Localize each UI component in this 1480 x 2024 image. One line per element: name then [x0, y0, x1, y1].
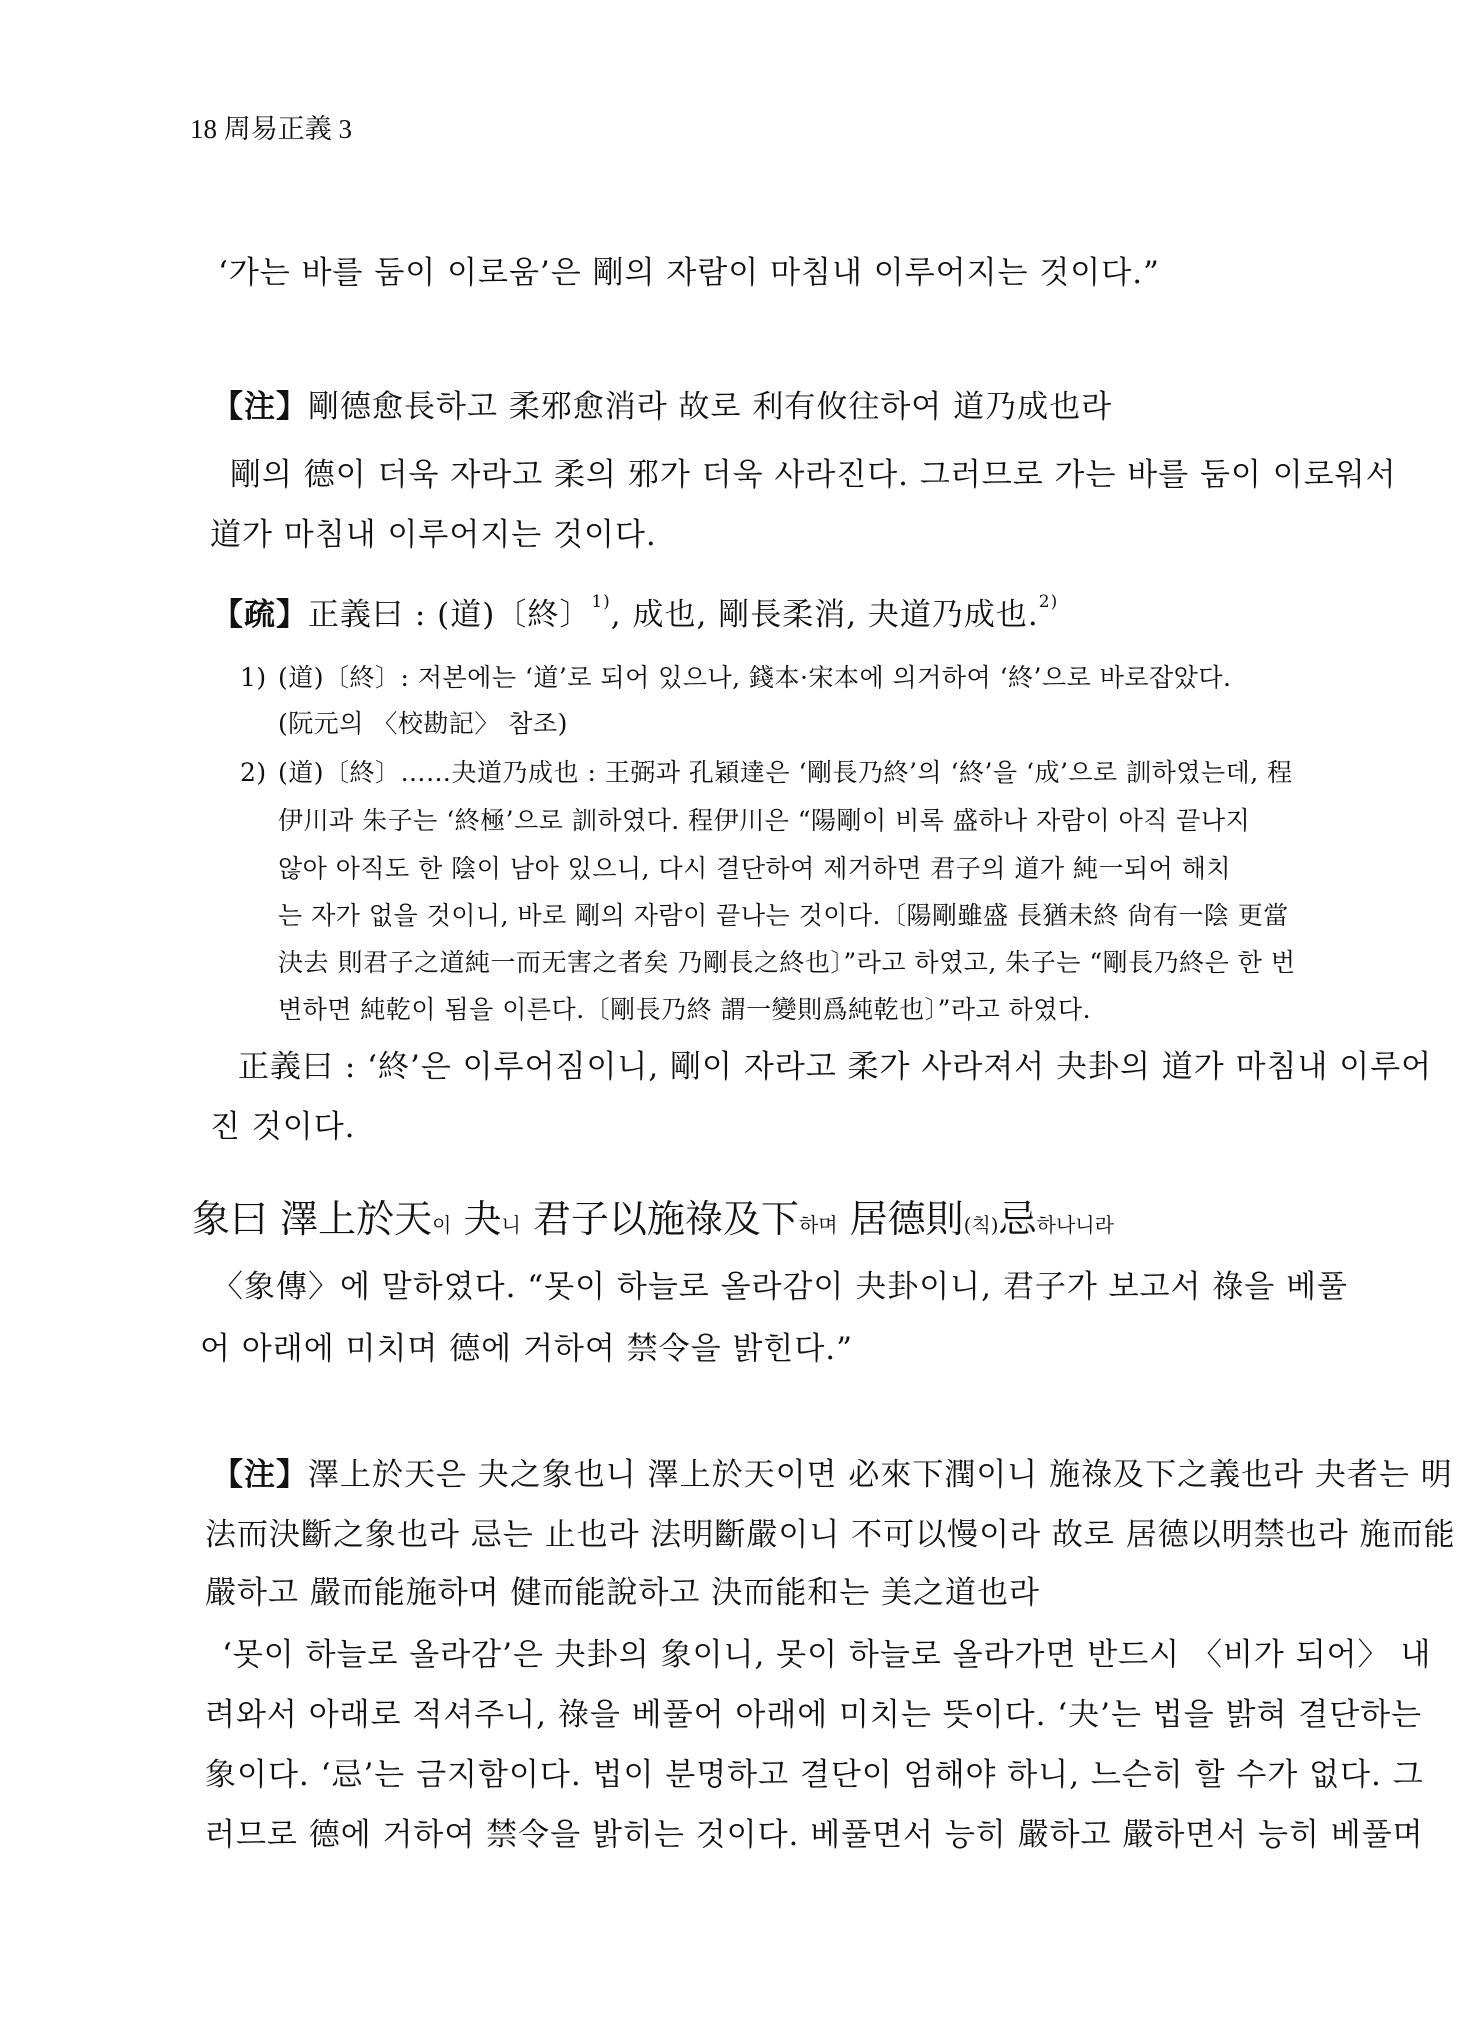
note-2-line: 法而決斷之象也라 忌는 止也라 法明斷嚴이니 不可以慢이라 故로 居德以明禁也라… [205, 1520, 1456, 1551]
xiang-translation-line: 어 아래에 미치며 德에 거하여 禁令을 밝힌다.” [200, 1334, 853, 1365]
quote-line: ‘가는 바를 둠이 이로움’은 剛의 자람이 마침내 이루어지는 것이다.” [218, 258, 1160, 289]
note-label: 【注】 [212, 389, 308, 425]
xiang-text: 居德則 [838, 1197, 964, 1241]
note-1-translation-line: 剛의 德이 더욱 자라고 柔의 邪가 더욱 사라진다. 그러므로 가는 바를 둠… [230, 460, 1397, 491]
note-text: 剛德愈長하고 柔邪愈消라 故로 利有攸往하여 道乃成也라 [308, 389, 1112, 425]
footnote-line: 伊川과 朱子는 ‘終極’으로 訓하였다. 程伊川은 “陽剛이 비록 盛하나 자람… [278, 808, 1250, 833]
commentary-text: 正義曰 : (道)〔終〕 [308, 597, 591, 633]
note-2-translation-line: ‘못이 하늘로 올라감’은 夬卦의 象이니, 못이 하늘로 올라가면 반드시 〈… [222, 1640, 1431, 1671]
note-2-translation-line: 러므로 德에 거하여 禁令을 밝히는 것이다. 베풀면서 능히 嚴하고 嚴하면서… [205, 1820, 1424, 1851]
footnote-line: 않아 아직도 한 陰이 남아 있으니, 다시 결단하여 제거하면 君子의 道가 … [278, 856, 1231, 881]
xiang-original: 象曰 澤上於天이 夬니 君子以施祿及下하며 居德則(칙)忌하나니라 [192, 1200, 1114, 1238]
footnote-line: (道)〔終〕……夬道乃成也 : 王弼과 孔穎達은 ‘剛長乃終’의 ‘終’을 ‘成… [278, 760, 1293, 785]
note-2-translation-line: 象이다. ‘忌’는 금지함이다. 법이 분명하고 결단이 엄해야 하니, 느슨히… [205, 1760, 1424, 1791]
xiang-text: 君子以施祿及下 [521, 1197, 799, 1241]
document-page: 18 周易正義 3 ‘가는 바를 둠이 이로움’은 剛의 자람이 마침내 이루어… [0, 0, 1480, 2024]
commentary-1-translation-line: 正義曰 : ‘終’은 이루어짐이니, 剛이 자라고 柔가 사라져서 夬卦의 道가… [238, 1052, 1432, 1083]
xiang-text: 夬 [451, 1197, 501, 1241]
particle: 이 [432, 1213, 451, 1237]
footnote-line: (道)〔終〕: 저본에는 ‘道’로 되어 있으나, 錢本·宋本에 의거하여 ‘終… [278, 665, 1231, 690]
xiang-text: 象曰 澤上於天 [192, 1197, 432, 1241]
particle: 하나니라 [1037, 1213, 1114, 1237]
note-text: 澤上於天은 夬之象也니 澤上於天이면 必來下潤이니 施祿及下之義也라 夬者는 明 [308, 1457, 1453, 1493]
note-2-line: 嚴하고 嚴而能施하며 健而能說하고 決而能和는 美之道也라 [205, 1578, 1040, 1609]
running-head: 18 周易正義 3 [190, 116, 352, 143]
particle: 하며 [799, 1213, 838, 1237]
note-1-translation-line: 道가 마침내 이루어지는 것이다. [210, 520, 657, 551]
note-label: 【注】 [212, 1457, 308, 1493]
xiang-text: 忌 [999, 1197, 1037, 1241]
footnote-number: 1) [240, 665, 267, 690]
commentary-label: 【疏】 [212, 597, 308, 633]
commentary-1-original: 【疏】正義曰 : (道)〔終〕1), 成也, 剛長柔消, 夬道乃成也.2) [212, 600, 1058, 631]
footnote-ref[interactable]: 1) [591, 592, 610, 612]
commentary-1-translation-line: 진 것이다. [210, 1112, 356, 1143]
xiang-translation-line: 〈象傳〉에 말하였다. “못이 하늘로 올라감이 夬卦이니, 君子가 보고서 祿… [212, 1272, 1348, 1303]
pronunciation: (칙) [964, 1213, 999, 1237]
footnote-line: 決去 則君子之道純一而无害之者矣 乃剛長之終也〕”라고 하였고, 朱子는 “剛長… [278, 950, 1296, 975]
footnote-line: (阮元의 〈校勘記〉 참조) [278, 711, 568, 736]
footnote-line: 는 자가 없을 것이니, 바로 剛의 자람이 끝나는 것이다.〔陽剛雖盛 長猶未… [278, 903, 1289, 928]
footnote-number: 2) [240, 760, 267, 785]
commentary-text: , 成也, 剛長柔消, 夬道乃成也. [611, 597, 1039, 633]
note-2-label-line: 【注】澤上於天은 夬之象也니 澤上於天이면 必來下潤이니 施祿及下之義也라 夬者… [212, 1460, 1453, 1491]
particle: 니 [502, 1213, 521, 1237]
note-1-original: 【注】剛德愈長하고 柔邪愈消라 故로 利有攸往하여 道乃成也라 [212, 392, 1112, 423]
note-2-translation-line: 려와서 아래로 적셔주니, 祿을 베풀어 아래에 미치는 뜻이다. ‘夬’는 법… [205, 1700, 1422, 1731]
footnote-ref[interactable]: 2) [1039, 592, 1058, 612]
footnote-line: 변하면 純乾이 됨을 이른다.〔剛長乃終 謂一變則爲純乾也〕”라고 하였다. [278, 997, 1091, 1022]
